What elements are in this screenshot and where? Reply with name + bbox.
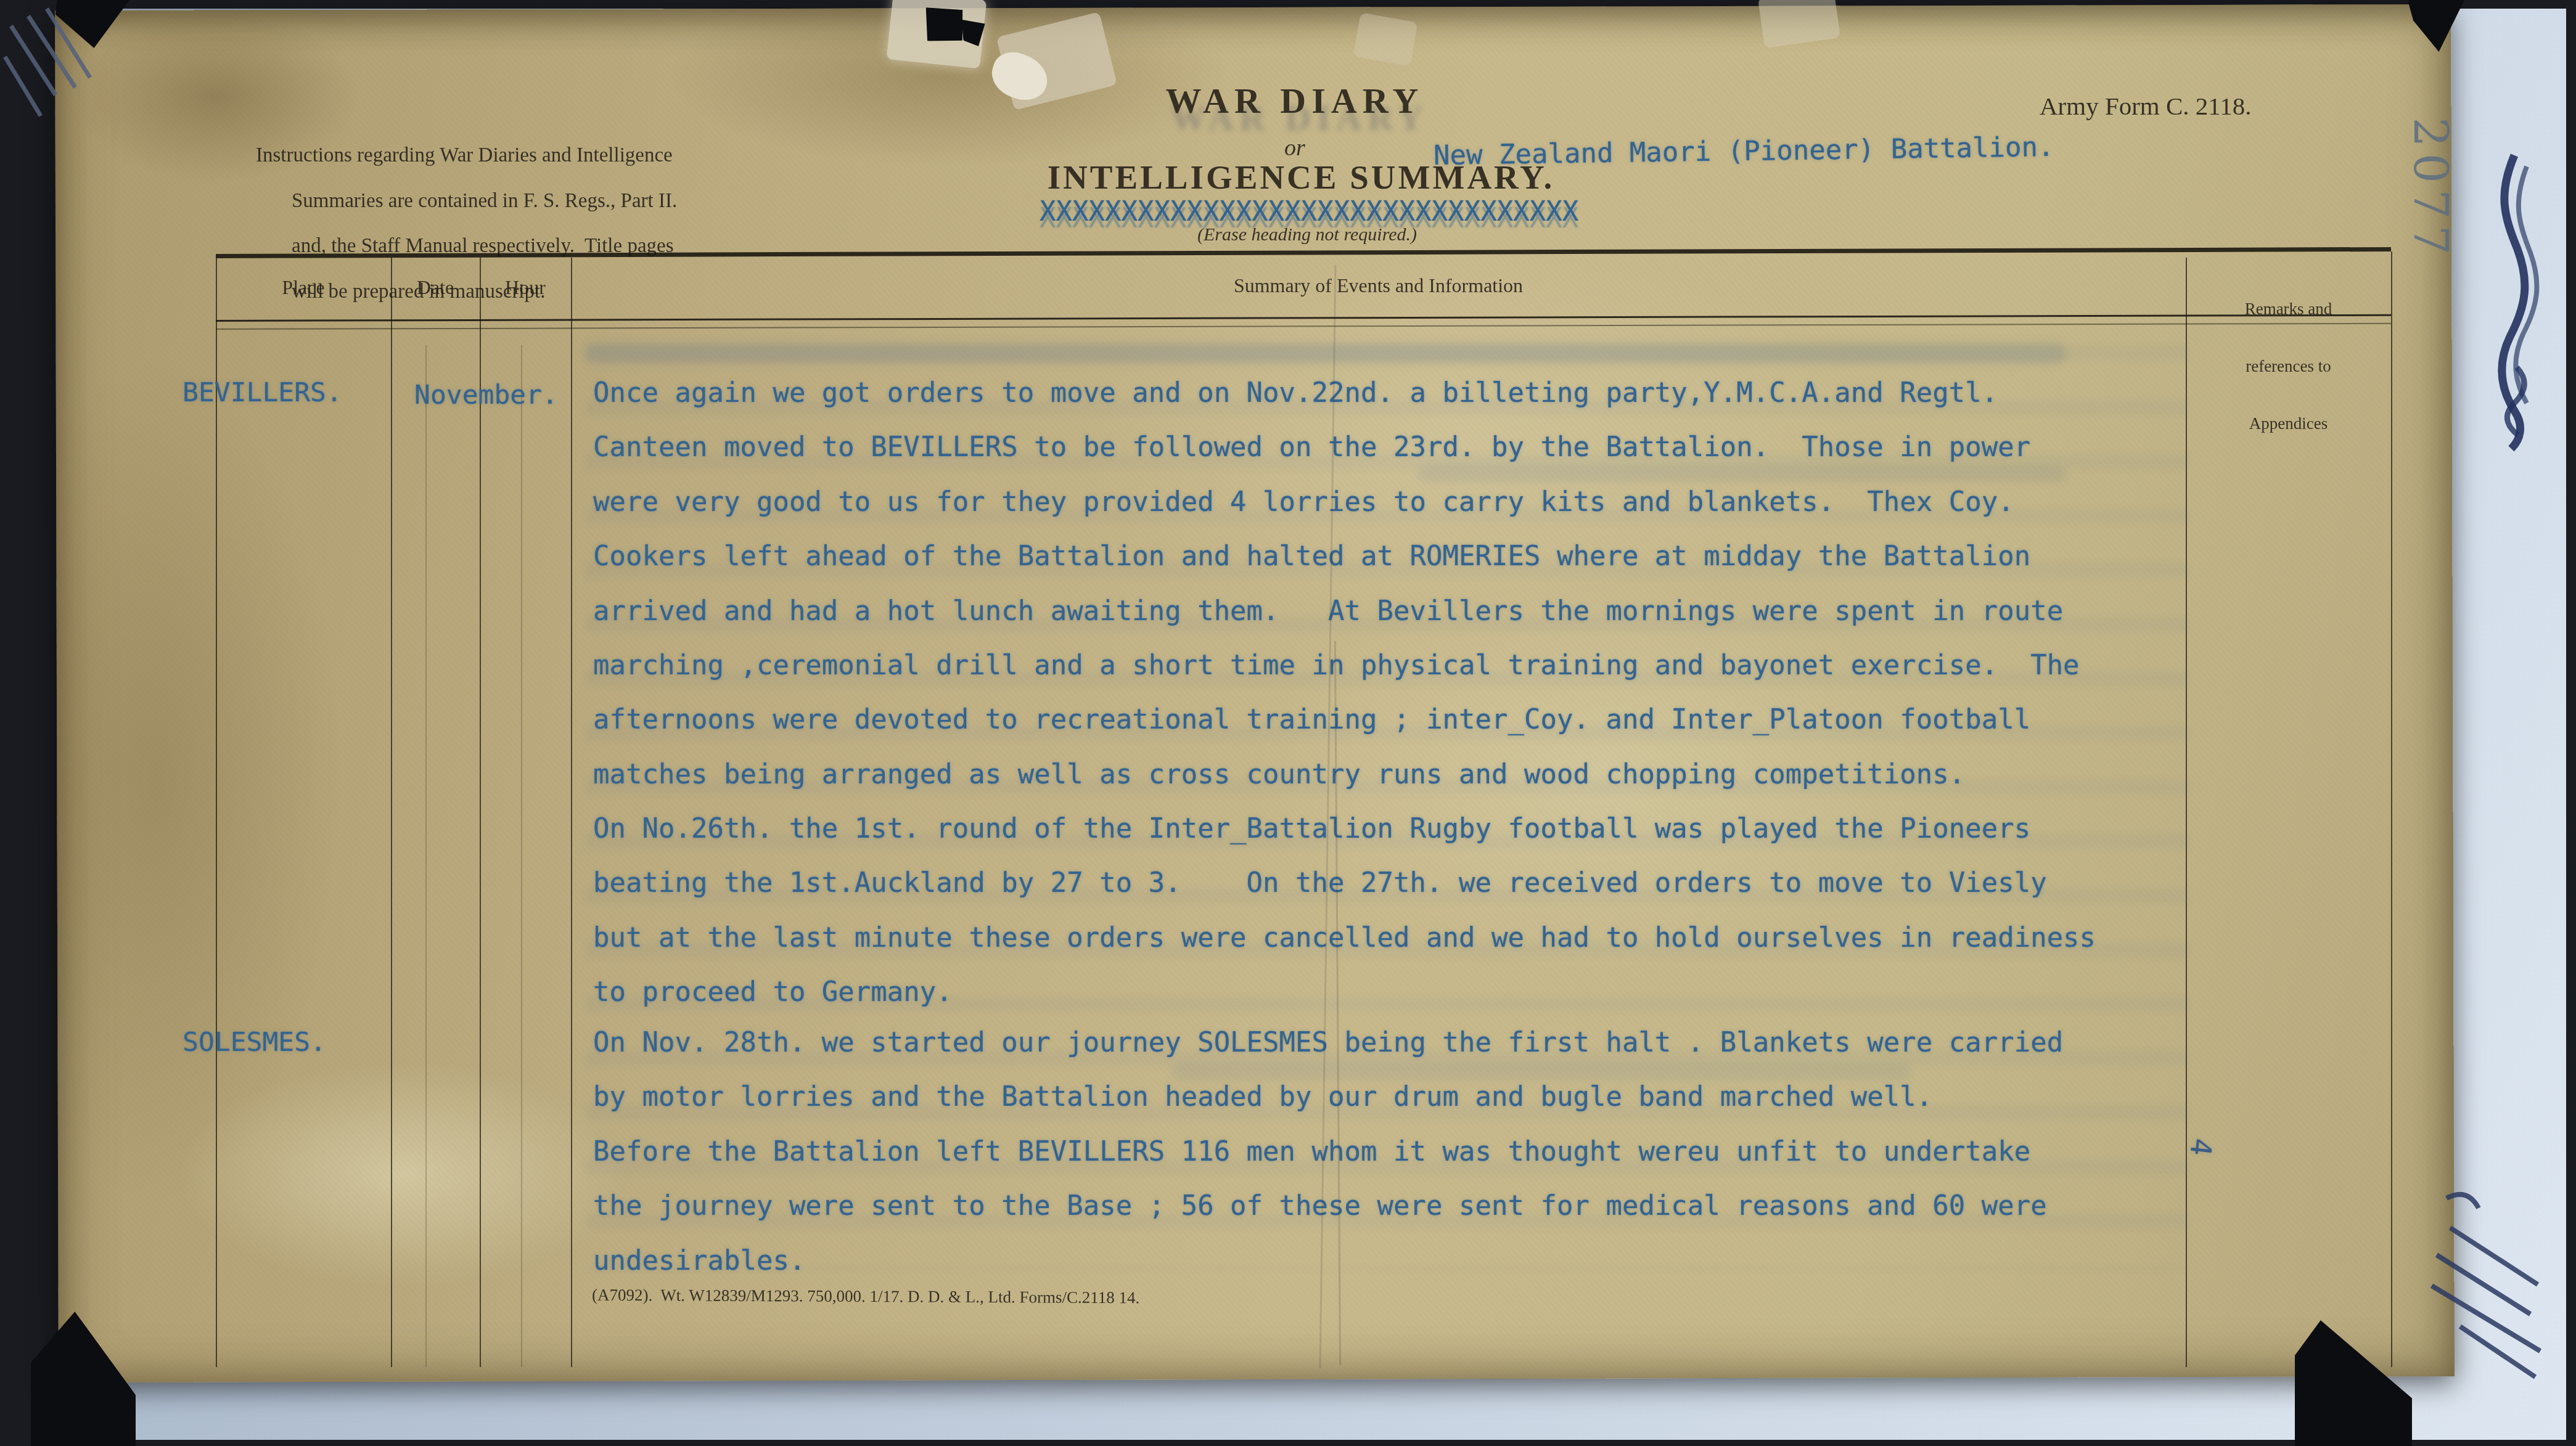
col-line-hour-summary bbox=[571, 258, 572, 1367]
printers-imprint: (A7092). Wt. W12839/M1293. 750,000. 1/17… bbox=[592, 1286, 1139, 1308]
col-line-faint-2 bbox=[521, 345, 522, 1367]
summary-line: beating the 1st.Auckland by 27 to 3. On … bbox=[593, 867, 2047, 899]
summary-line: arrived and had a hot lunch awaiting the… bbox=[593, 595, 2063, 627]
summary-line: Before the Battalion left BEVILLERS 116 … bbox=[593, 1136, 2030, 1167]
erase-heading-note: (Erase heading not required.) bbox=[1159, 224, 1455, 245]
remarks-line-1: Remarks and bbox=[2186, 300, 2391, 319]
summary-line: matches being arranged as well as cross … bbox=[593, 759, 1965, 790]
ghost-line-heavy bbox=[586, 343, 2065, 364]
col-header-place: Place bbox=[216, 276, 391, 299]
summary-line: Once again we got orders to move and on … bbox=[593, 377, 1998, 409]
summary-line: afternoons were devoted to recreational … bbox=[593, 704, 2030, 735]
summary-line: were very good to us for they provided 4… bbox=[593, 486, 2014, 518]
entry-place-solesmes: SOLESMES. bbox=[183, 1027, 326, 1058]
title-war-diary: WAR DIARY bbox=[1147, 80, 1443, 121]
table-right-border bbox=[2391, 251, 2392, 1367]
summary-line: Cookers left ahead of the Battalion and … bbox=[593, 541, 2030, 572]
col-line-faint-1 bbox=[425, 345, 427, 1367]
remarks-line-3: Appendices bbox=[2186, 414, 2391, 433]
entry-date-november: November. bbox=[414, 380, 558, 411]
summary-line: On Nov. 28th. we started our journey SOL… bbox=[593, 1027, 2063, 1058]
summary-line: marching ,ceremonial drill and a short t… bbox=[593, 650, 2080, 681]
army-form-number: Army Form C. 2118. bbox=[2040, 91, 2252, 121]
summary-line: On No.26th. the 1st. round of the Inter_… bbox=[593, 813, 2030, 844]
col-line-date-hour bbox=[480, 258, 481, 1367]
summary-line: Canteen moved to BEVILLERS to be followe… bbox=[593, 431, 2030, 463]
summary-line: the journey were sent to the Base ; 56 o… bbox=[593, 1190, 2047, 1222]
archive-number-vertical: 2077 bbox=[2403, 97, 2458, 282]
col-line-place-date bbox=[391, 258, 392, 1367]
heading-strikeout-xs: XXXXXXXXXXXXXXXXXXXXXXXXXXXXXXXXX bbox=[1040, 196, 1578, 227]
mount-mark-top-center bbox=[921, 5, 966, 46]
instructions-line-1: Instructions regarding War Diaries and I… bbox=[256, 144, 677, 168]
margin-page-number: 4 bbox=[2184, 1137, 2219, 1157]
summary-line: but at the last minute these orders were… bbox=[593, 922, 2096, 954]
scanned-war-diary-page: Instructions regarding War Diaries and I… bbox=[0, 0, 2576, 1446]
instructions-line-2: Summaries are contained in F. S. Regs., … bbox=[292, 190, 677, 213]
summary-entry-2: On Nov. 28th. we started our journey SOL… bbox=[593, 1027, 2209, 1310]
summary-line: to proceed to Germany. bbox=[593, 976, 953, 1008]
col-header-summary: Summary of Events and Information bbox=[571, 274, 2186, 297]
col-header-date: Date bbox=[391, 276, 480, 299]
entry-place-bevillers: BEVILLERS. bbox=[183, 377, 342, 408]
col-header-hour: Hour bbox=[480, 276, 571, 299]
summary-line: undesirables. bbox=[593, 1245, 805, 1276]
summary-entry-1: Once again we got orders to move and on … bbox=[593, 377, 2209, 1037]
col-header-remarks: Remarks and references to Appendices bbox=[2186, 261, 2391, 472]
summary-line: by motor lorries and the Battalion heade… bbox=[593, 1081, 1932, 1113]
remarks-line-2: references to bbox=[2186, 357, 2391, 376]
table-left-border bbox=[216, 258, 217, 1367]
